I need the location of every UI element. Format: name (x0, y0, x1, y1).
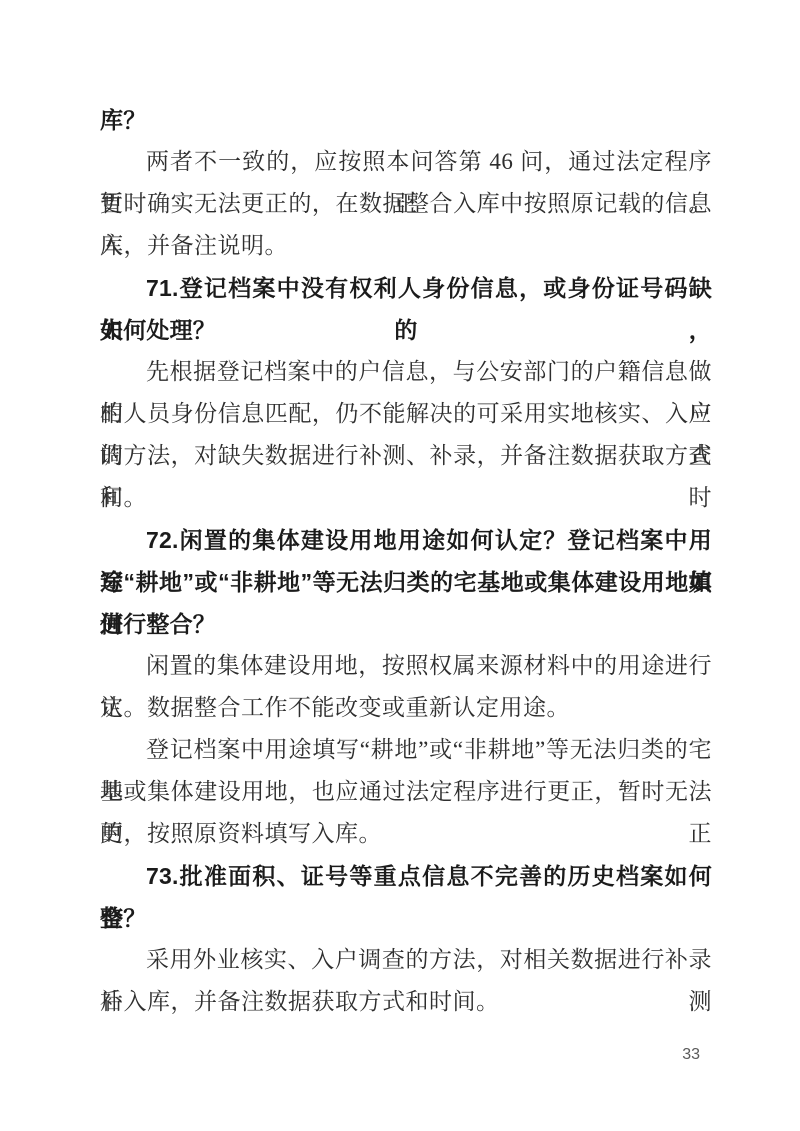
text-line: 合？ (100, 897, 712, 939)
text-line: 71.登记档案中没有权利人身份信息，或身份证号码缺失的， (100, 267, 712, 309)
text-line: 暂时确实无法更正的，在数据整合入库中按照原记载的信息入 (100, 183, 712, 225)
answer-paragraph: 登记档案中用途填写“耕地”或“非耕地”等无法归类的宅基地或集体建设用地，也应通过… (100, 729, 712, 855)
text-line: 采用外业核实、入户调查的方法，对相关数据进行补录补测 (100, 939, 712, 981)
document-page: 库？两者不一致的，应按照本问答第 46 问，通过法定程序更正。暂时确实无法更正的… (0, 0, 800, 1131)
answer-paragraph: 闲置的集体建设用地，按照权属来源材料中的用途进行认定。数据整合工作不能改变或重新… (100, 645, 712, 729)
text-line: 写“耕地”或“非耕地”等无法归类的宅基地或集体建设用地如何 (100, 561, 712, 603)
question-heading: 72.闲置的集体建设用地用途如何认定？登记档案中用途填写“耕地”或“非耕地”等无… (100, 519, 712, 645)
text-line: 闲置的集体建设用地，按照权属来源材料中的用途进行认 (100, 645, 712, 687)
question-heading: 71.登记档案中没有权利人身份信息，或身份证号码缺失的，如何处理？ (100, 267, 712, 351)
text-line: 进行整合？ (100, 603, 712, 645)
text-line: 登记档案中用途填写“耕地”或“非耕地”等无法归类的宅基 (100, 729, 712, 771)
text-line: 两者不一致的，应按照本问答第 46 问，通过法定程序更正。 (100, 141, 712, 183)
text-line: 72.闲置的集体建设用地用途如何认定？登记档案中用途填 (100, 519, 712, 561)
text-line: 库？ (100, 99, 712, 141)
text-line: 库，并备注说明。 (100, 225, 712, 267)
text-line: 的人员身份信息匹配，仍不能解决的可采用实地核实、入户调查 (100, 393, 712, 435)
page-number: 33 (682, 1044, 700, 1066)
answer-paragraph: 两者不一致的，应按照本问答第 46 问，通过法定程序更正。暂时确实无法更正的，在… (100, 141, 712, 267)
question-heading: 73.批准面积、证号等重点信息不完善的历史档案如何整合？ (100, 855, 712, 939)
answer-paragraph: 采用外业核实、入户调查的方法，对相关数据进行补录补测后入库，并备注数据获取方式和… (100, 939, 712, 1023)
text-line: 73.批准面积、证号等重点信息不完善的历史档案如何整 (100, 855, 712, 897)
document-body: 库？两者不一致的，应按照本问答第 46 问，通过法定程序更正。暂时确实无法更正的… (100, 99, 712, 1023)
text-line: 定。数据整合工作不能改变或重新认定用途。 (100, 687, 712, 729)
question-heading: 库？ (100, 99, 712, 141)
answer-paragraph: 先根据登记档案中的户信息，与公安部门的户籍信息做相应的人员身份信息匹配，仍不能解… (100, 351, 712, 519)
text-line: 先根据登记档案中的户信息，与公安部门的户籍信息做相应 (100, 351, 712, 393)
text-line: 地或集体建设用地，也应通过法定程序进行更正，暂时无法更正 (100, 771, 712, 813)
text-line: 的方法，对缺失数据进行补测、补录，并备注数据获取方式和时 (100, 435, 712, 477)
